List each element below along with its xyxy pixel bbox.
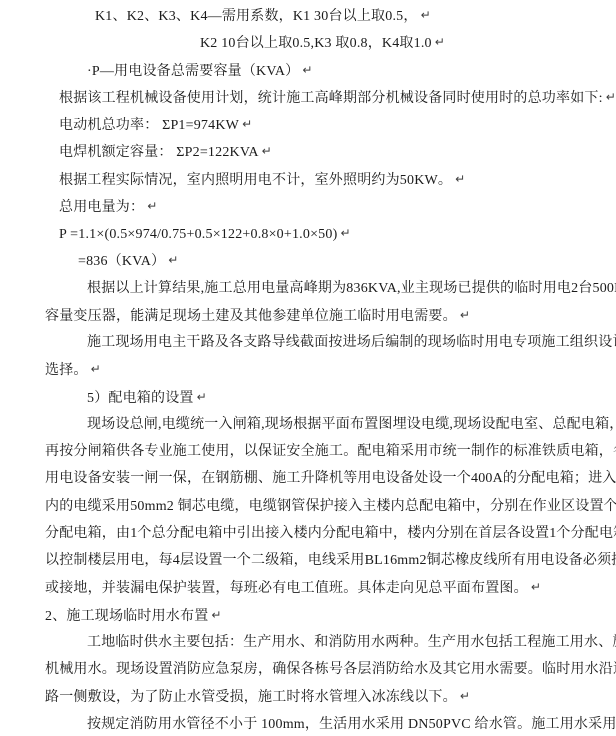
paragraph-mark-icon: ↵	[262, 143, 272, 159]
line-text: 根据工程实际情况，室内照明用电不计，室外照明约为50KW。	[59, 173, 452, 189]
text-line: 路一侧敷设，为了防止水管受损，施工时将水管埋入冰冻线以下。↵	[45, 689, 470, 706]
paragraph-mark-icon: ↵	[197, 389, 207, 405]
paragraph-mark-icon: ↵	[460, 307, 470, 323]
line-text: 用电设备安装一闸一保，在钢筋棚、施工升降机等用电设备处设一个400A的分配电箱；…	[45, 471, 616, 487]
line-text: K2 10台以上取0.5,K3 取0.8，K4取1.0	[200, 36, 432, 52]
paragraph-mark-icon: ↵	[242, 116, 252, 132]
line-text: ·P—用电设备总需要容量（KVA）	[87, 64, 299, 80]
paragraph-mark-icon: ↵	[435, 34, 445, 50]
line-text: 分配电箱，由1个总分配电箱中引出接入楼内分配电箱中，楼内分别在首层各设置1个分配…	[45, 526, 616, 542]
line-text: 工地临时供水主要包括：生产用水、和消防用水两种。生产用水包括工程施工用水、施工	[87, 635, 616, 651]
line-text: 以控制楼层用电，每4层设置一个二级箱，电线采用BL16mm2铜芯橡皮线所有用电设…	[45, 553, 616, 569]
text-line: 机械用水。现场设置消防应急泵房，确保各栋号各层消防给水及其它用水需要。临时用水沿…	[45, 662, 616, 678]
paragraph-mark-icon: ↵	[531, 579, 541, 595]
paragraph-mark-icon: ↵	[421, 7, 431, 23]
text-line: P =1.1×(0.5×974/0.75+0.5×122+0.8×0+1.0×5…	[59, 226, 351, 243]
text-line: 再按分闸箱供各专业施工使用，以保证安全施工。配电箱采用市统一制作的标准铁质电箱，…	[45, 444, 616, 460]
section-heading: 2、施工现场临时用水布置↵	[45, 608, 222, 625]
text-line: 电动机总功率： ΣP1=974KW↵	[59, 117, 252, 134]
line-text: 再按分闸箱供各专业施工使用，以保证安全施工。配电箱采用市统一制作的标准铁质电箱，…	[45, 444, 616, 460]
document-page: K1、K2、K3、K4—需用系数，K1 30台以上取0.5，↵K2 10台以上取…	[0, 0, 616, 736]
text-line: 选择。↵	[45, 362, 101, 379]
text-line: 或接地，并装漏电保护装置，每班必有电工值班。具体走向见总平面布置图。↵	[45, 580, 541, 597]
line-text: 选择。	[45, 363, 88, 379]
paragraph-mark-icon: ↵	[340, 225, 350, 241]
text-line: 总用电量为：↵	[59, 199, 157, 216]
paragraph-mark-icon: ↵	[147, 198, 157, 214]
line-text: 机械用水。现场设置消防应急泵房，确保各栋号各层消防给水及其它用水需要。临时用水沿…	[45, 662, 616, 678]
line-text: 根据以上计算结果,施工总用电量高峰期为836KVA,业主现场已提供的临时用电2台…	[87, 281, 616, 297]
text-line: 根据以上计算结果,施工总用电量高峰期为836KVA,业主现场已提供的临时用电2台…	[87, 281, 616, 297]
line-text: 按规定消防用水管径不小于 100mm，生活用水采用 DN50PVC 给水管。施工…	[87, 717, 616, 733]
text-line: 电焊机额定容量： ΣP2=122KVA↵	[59, 144, 272, 161]
line-text: 根据该工程机械设备使用计划，统计施工高峰期部分机械设备同时使用时的总功率如下:	[59, 91, 603, 107]
text-line: 内的电缆采用50mm2 铜芯电缆，电缆钢管保护接入主楼内总配电箱中，分别在作业区…	[45, 499, 616, 515]
text-line: K2 10台以上取0.5,K3 取0.8，K4取1.0↵	[200, 35, 445, 52]
paragraph-mark-icon: ↵	[460, 688, 470, 704]
line-text: K1、K2、K3、K4—需用系数，K1 30台以上取0.5，	[95, 9, 418, 25]
line-text: =836（KVA）	[78, 254, 165, 270]
paragraph-mark-icon: ↵	[302, 62, 312, 78]
line-text: 施工现场用电主干路及各支路导线截面按进场后编制的现场临时用电专项施工组织设计	[87, 335, 616, 351]
line-text: 电焊机额定容量： ΣP2=122KVA	[59, 145, 259, 161]
text-line: K1、K2、K3、K4—需用系数，K1 30台以上取0.5，↵	[95, 8, 431, 25]
line-text: 内的电缆采用50mm2 铜芯电缆，电缆钢管保护接入主楼内总配电箱中，分别在作业区…	[45, 499, 616, 515]
text-line: 按规定消防用水管径不小于 100mm，生活用水采用 DN50PVC 给水管。施工…	[87, 717, 616, 733]
line-text: 5）配电箱的设置	[87, 391, 194, 407]
text-line: 根据工程实际情况，室内照明用电不计，室外照明约为50KW。↵	[59, 172, 465, 189]
text-line: 施工现场用电主干路及各支路导线截面按进场后编制的现场临时用电专项施工组织设计	[87, 335, 616, 351]
paragraph-mark-icon: ↵	[91, 361, 101, 377]
paragraph-mark-icon: ↵	[168, 252, 178, 268]
text-line: 分配电箱，由1个总分配电箱中引出接入楼内分配电箱中，楼内分别在首层各设置1个分配…	[45, 526, 616, 542]
line-text: 现场设总闸,电缆统一入闸箱,现场根据平面布置图埋设电缆,现场设配电室、总配电箱，	[87, 417, 616, 433]
text-line: 用电设备安装一闸一保，在钢筋棚、施工升降机等用电设备处设一个400A的分配电箱；…	[45, 471, 616, 487]
text-line: ·P—用电设备总需要容量（KVA）↵	[87, 63, 313, 80]
text-line: 现场设总闸,电缆统一入闸箱,现场根据平面布置图埋设电缆,现场设配电室、总配电箱，	[87, 417, 616, 433]
line-text: 路一侧敷设，为了防止水管受损，施工时将水管埋入冰冻线以下。	[45, 690, 457, 706]
paragraph-mark-icon: ↵	[606, 89, 616, 105]
text-line: 工地临时供水主要包括：生产用水、和消防用水两种。生产用水包括工程施工用水、施工	[87, 635, 616, 651]
line-text: 容量变压器，能满足现场土建及其他参建单位施工临时用电需要。	[45, 309, 457, 325]
line-text: 或接地，并装漏电保护装置，每班必有电工值班。具体走向见总平面布置图。	[45, 581, 528, 597]
line-text: P =1.1×(0.5×974/0.75+0.5×122+0.8×0+1.0×5…	[59, 227, 337, 243]
text-line: =836（KVA）↵	[78, 253, 179, 270]
text-line: 容量变压器，能满足现场土建及其他参建单位施工临时用电需要。↵	[45, 308, 470, 325]
line-text: 总用电量为：	[59, 200, 144, 216]
line-text: 2、施工现场临时用水布置	[45, 609, 208, 625]
paragraph-mark-icon: ↵	[455, 171, 465, 187]
section-heading: 5）配电箱的设置↵	[87, 390, 207, 407]
text-line: 以控制楼层用电，每4层设置一个二级箱，电线采用BL16mm2铜芯橡皮线所有用电设…	[45, 553, 616, 569]
paragraph-mark-icon: ↵	[211, 607, 221, 623]
text-line: 根据该工程机械设备使用计划，统计施工高峰期部分机械设备同时使用时的总功率如下:↵	[59, 90, 616, 107]
line-text: 电动机总功率： ΣP1=974KW	[59, 118, 239, 134]
